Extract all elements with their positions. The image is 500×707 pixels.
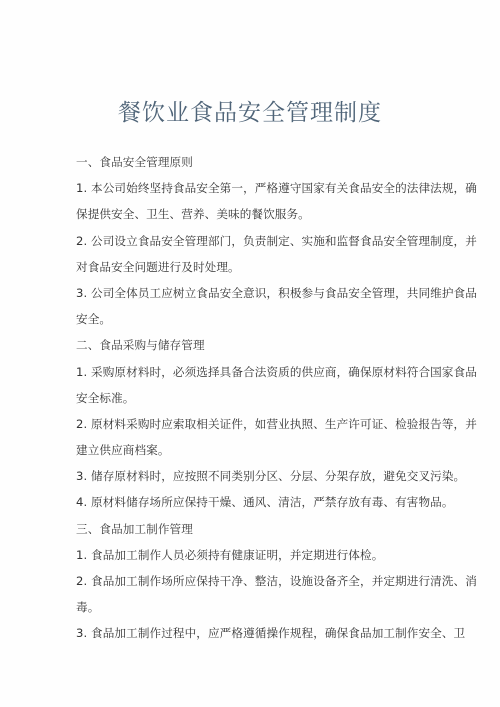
paragraph-line: 1. 食品加工制作人员必须持有健康证明，并定期进行体检。 [76,546,432,572]
paragraph-line: 2. 食品加工制作场所应保持干净、整洁，设施设备齐全，并定期进行清洗、消 [76,572,432,598]
document-page: 餐饮业食品安全管理制度 一、食品安全管理原则 1. 本公司始终坚持食品安全第一，… [0,0,500,707]
document-title: 餐饮业食品安全管理制度 [0,98,500,128]
paragraph-line: 3. 储存原材料时，应按照不同类别分区、分层、分架存放，避免交叉污染。 [76,467,432,493]
paragraph-line: 保提供安全、卫生、营养、美味的餐饮服务。 [76,205,432,231]
paragraph-line: 对食品安全问题进行及时处理。 [76,258,432,284]
paragraph-line: 3. 公司全体员工应树立食品安全意识，积极参与食品安全管理，共同维护食品 [76,284,432,310]
paragraph-line: 2. 原材料采购时应索取相关证件，如营业执照、生产许可证、检验报告等，并 [76,415,432,441]
paragraph-line: 毒。 [76,598,432,624]
paragraph-line: 1. 本公司始终坚持食品安全第一，严格遵守国家有关食品安全的法律法规，确 [76,179,432,205]
section-heading-2: 二、食品采购与储存管理 [76,336,432,362]
section-heading-3: 三、食品加工制作管理 [76,520,432,546]
paragraph-line: 2. 公司设立食品安全管理部门，负责制定、实施和监督食品安全管理制度，并 [76,232,432,258]
section-heading-1: 一、食品安全管理原则 [76,153,432,179]
paragraph-line: 4. 原材料储存场所应保持干燥、通风、清洁，严禁存放有毒、有害物品。 [76,493,432,519]
paragraph-line: 3. 食品加工制作过程中，应严格遵循操作规程，确保食品加工制作安全、卫 [76,624,432,650]
paragraph-line: 建立供应商档案。 [76,441,432,467]
paragraph-line: 安全。 [76,310,432,336]
paragraph-line: 安全标准。 [76,389,432,415]
paragraph-line: 1. 采购原材料时，必须选择具备合法资质的供应商，确保原材料符合国家食品 [76,363,432,389]
document-body: 一、食品安全管理原则 1. 本公司始终坚持食品安全第一，严格遵守国家有关食品安全… [76,153,432,651]
